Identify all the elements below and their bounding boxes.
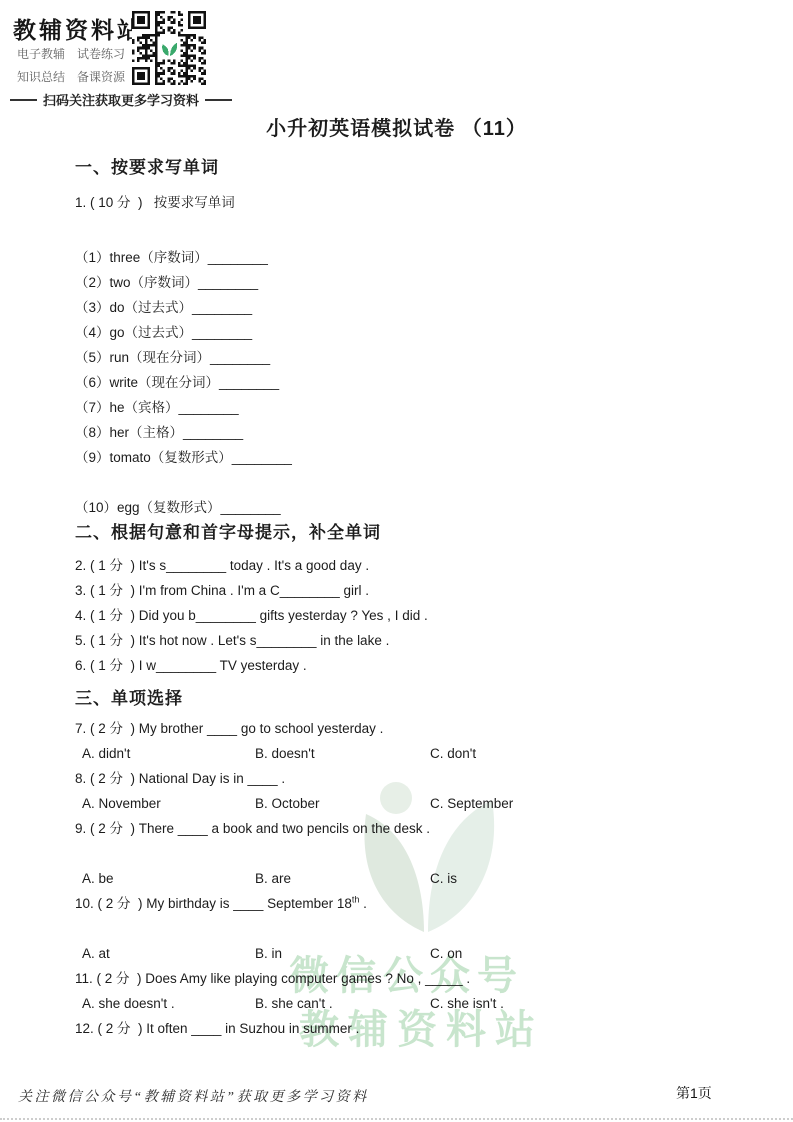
option-c: C. on: [430, 941, 735, 966]
question-11-options: A. she doesn't . B. she can't . C. she i…: [75, 991, 735, 1016]
section-1-heading: 一、按要求写单词: [75, 155, 735, 180]
question-9: 9. ( 2 分 ) There ____ a book and two pen…: [75, 816, 735, 841]
question-12: 12. ( 2 分 ) It often ____ in Suzhou in s…: [75, 1016, 735, 1041]
section-3-heading: 三、单项选择: [75, 686, 735, 711]
question-10: 10. ( 2 分 ) My birthday is ____ Septembe…: [75, 891, 735, 916]
question-9-options: A. be B. are C. is: [75, 866, 735, 891]
word-item-5: （5）run（现在分词）________: [75, 345, 735, 370]
footer-note: 关注微信公众号“教辅资料站”获取更多学习资料: [18, 1086, 369, 1106]
option-b: B. she can't .: [255, 991, 430, 1016]
page-title: 小升初英语模拟试卷 （11）: [0, 112, 793, 141]
qr-code: [132, 11, 206, 85]
question-4: 4. ( 1 分 ) Did you b________ gifts yeste…: [75, 603, 735, 628]
option-c: C. she isn't .: [430, 991, 735, 1016]
option-a: A. be: [82, 866, 255, 891]
exam-body: 一、按要求写单词 1. ( 10 分 ) 按要求写单词 （1）three（序数词…: [75, 155, 735, 1041]
option-c: C. is: [430, 866, 735, 891]
question-2: 2. ( 1 分 ) It's s________ today . It's a…: [75, 553, 735, 578]
question-10-options: A. at B. in C. on: [75, 941, 735, 966]
question-3: 3. ( 1 分 ) I'm from China . I'm a C_____…: [75, 578, 735, 603]
option-b: B. October: [255, 791, 430, 816]
question-6: 6. ( 1 分 ) I w________ TV yesterday .: [75, 653, 735, 678]
qr-caption: 扫码关注获取更多学习资料: [10, 90, 232, 109]
question-7: 7. ( 2 分 ) My brother ____ go to school …: [75, 716, 735, 741]
brand-tag: 试卷练习: [77, 45, 125, 62]
option-c: C. September: [430, 791, 735, 816]
brand-tag: 知识总结: [17, 68, 65, 85]
question-8-options: A. November B. October C. September: [75, 791, 735, 816]
option-b: B. doesn't: [255, 741, 430, 766]
brand-tag: 电子教辅: [17, 45, 65, 62]
option-a: A. November: [82, 791, 255, 816]
section-2-heading: 二、根据句意和首字母提示，补全单词: [75, 520, 735, 545]
question-1: 1. ( 10 分 ) 按要求写单词: [75, 190, 735, 215]
option-b: B. are: [255, 866, 430, 891]
brand-tags: 电子教辅 试卷练习 知识总结 备课资源: [17, 45, 125, 85]
dash-right: [205, 99, 232, 101]
bottom-scan-line: [0, 1118, 793, 1120]
question-11: 11. ( 2 分 ) Does Amy like playing comput…: [75, 966, 735, 991]
brand-logo-text: 教辅资料站: [13, 12, 143, 45]
option-a: A. didn't: [82, 741, 255, 766]
word-item-4: （4）go（过去式）________: [75, 320, 735, 345]
word-item-3: （3）do（过去式）________: [75, 295, 735, 320]
word-item-7: （7）he（宾格）________: [75, 395, 735, 420]
option-a: A. she doesn't .: [82, 991, 255, 1016]
exam-page: 微信公众号 教辅资料站 教辅资料站 电子教辅 试卷练习 知识总结 备课资源: [0, 0, 793, 1122]
word-item-8: （8）her（主格）________: [75, 420, 735, 445]
word-item-9: （9）tomato（复数形式）________: [75, 445, 735, 470]
dash-left: [10, 99, 37, 101]
question-8: 8. ( 2 分 ) National Day is in ____ .: [75, 766, 735, 791]
question-5: 5. ( 1 分 ) It's hot now . Let's s_______…: [75, 628, 735, 653]
brand-tag: 备课资源: [77, 68, 125, 85]
word-item-10: （10）egg（复数形式）________: [75, 495, 735, 520]
word-item-1: （1）three（序数词）________: [75, 245, 735, 270]
page-number: 第1页: [676, 1083, 712, 1103]
question-7-options: A. didn't B. doesn't C. don't: [75, 741, 735, 766]
option-b: B. in: [255, 941, 430, 966]
word-item-6: （6）write（现在分词）________: [75, 370, 735, 395]
option-c: C. don't: [430, 741, 735, 766]
qr-caption-text: 扫码关注获取更多学习资料: [43, 90, 199, 109]
option-a: A. at: [82, 941, 255, 966]
word-item-2: （2）two（序数词）________: [75, 270, 735, 295]
